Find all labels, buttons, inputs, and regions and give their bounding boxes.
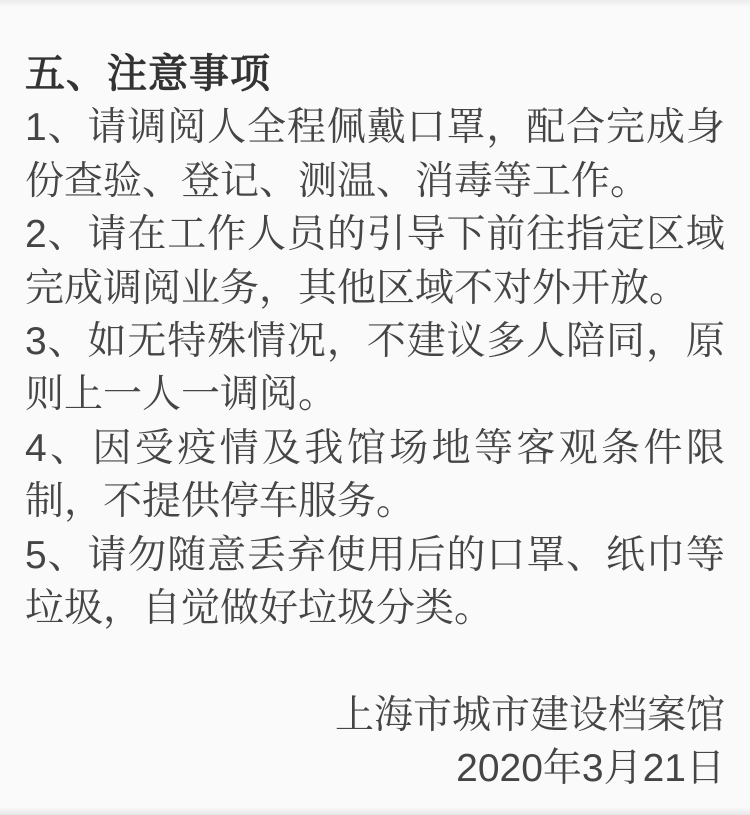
notice-item-4-line-2: 制，不提供停车服务。 [25,475,725,528]
blank-line [25,635,725,688]
notice-item-5: 5、请勿随意丢弃使用后的口罩、纸巾等 垃圾，自觉做好垃圾分类。 [25,529,725,636]
notice-item-4: 4、因受疫情及我馆场地等客观条件限 制，不提供停车服务。 [25,422,725,529]
notice-footer: 上海市城市建设档案馆 2020年3月21日 [25,689,725,796]
notice-item-2-line-1: 2、请在工作人员的引导下前往指定区域 [25,208,725,261]
notice-item-1: 1、请调阅人全程佩戴口罩，配合完成身 份查验、登记、测温、消毒等工作。 [25,101,725,208]
date: 2020年3月21日 [25,742,725,795]
notice-item-4-line-1: 4、因受疫情及我馆场地等客观条件限 [25,422,725,475]
notice-item-1-line-2: 份查验、登记、测温、消毒等工作。 [25,155,725,208]
notice-heading: 五、注意事项 [25,48,725,101]
notice-item-5-line-1: 5、请勿随意丢弃使用后的口罩、纸巾等 [25,529,725,582]
bottom-edge-shadow [0,807,750,815]
notice-item-3-line-2: 则上一人一调阅。 [25,368,725,421]
notice-item-3: 3、如无特殊情况，不建议多人陪同，原 则上一人一调阅。 [25,315,725,422]
signature: 上海市城市建设档案馆 [25,689,725,742]
notice-item-2-line-2: 完成调阅业务，其他区域不对外开放。 [25,262,725,315]
notice-item-3-line-1: 3、如无特殊情况，不建议多人陪同，原 [25,315,725,368]
top-edge-shadow [0,0,750,7]
notice-document: 五、注意事项 1、请调阅人全程佩戴口罩，配合完成身 份查验、登记、测温、消毒等工… [0,0,750,815]
notice-item-1-line-1: 1、请调阅人全程佩戴口罩，配合完成身 [25,101,725,154]
notice-item-2: 2、请在工作人员的引导下前往指定区域 完成调阅业务，其他区域不对外开放。 [25,208,725,315]
notice-item-5-line-2: 垃圾，自觉做好垃圾分类。 [25,582,725,635]
